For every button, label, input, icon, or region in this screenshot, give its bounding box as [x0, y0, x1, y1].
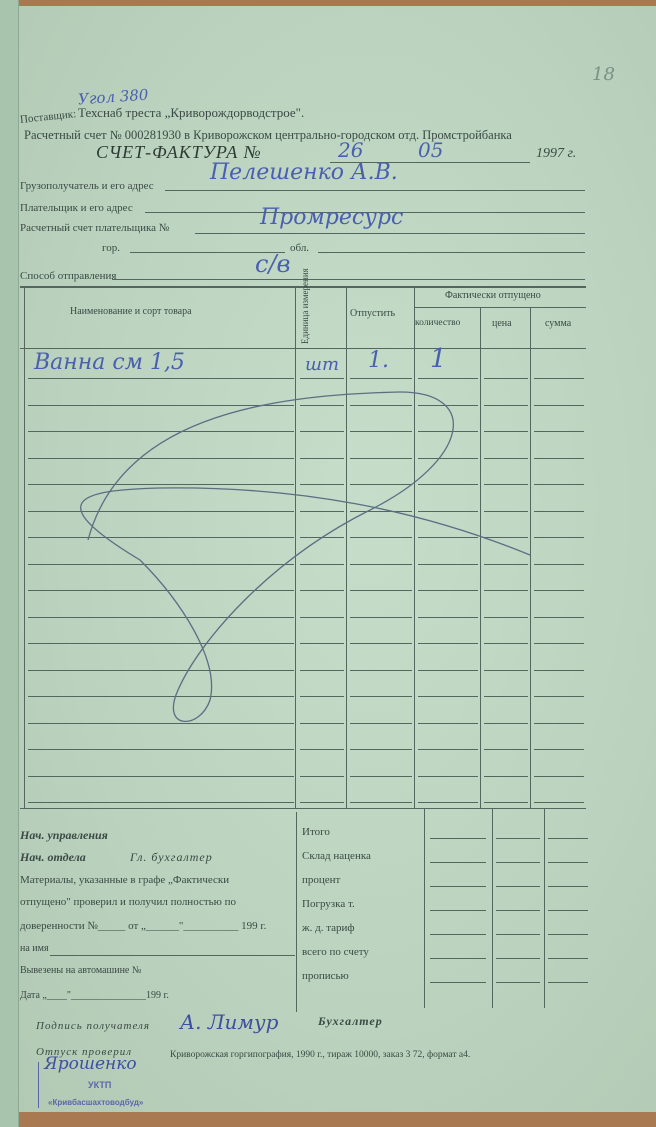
totals-rule — [496, 886, 540, 887]
totals-rule — [430, 958, 486, 959]
totals-rule — [496, 838, 540, 839]
on-name-label: на имя — [20, 943, 49, 954]
totals-label: всего по счету — [302, 946, 369, 958]
totals-rule — [548, 862, 588, 863]
power-of-attorney: доверенности №_____ от „______"_________… — [20, 920, 266, 932]
recipient-signature-label: Подпись получателя — [36, 1020, 150, 1032]
totals-rule — [430, 862, 486, 863]
accountant-label: Бухгалтер — [318, 1014, 383, 1029]
totals-rule — [496, 910, 540, 911]
totals-rule — [548, 958, 588, 959]
totals-label: Склад наценка — [302, 850, 371, 862]
totals-rule — [430, 838, 486, 839]
recipient-signature: А. Лимур — [180, 1010, 278, 1034]
vehicle-label: Вывезены на автомашине № — [20, 965, 141, 976]
head-department-label: Нач. отдела — [20, 850, 86, 865]
on-name-line — [50, 955, 295, 956]
totals-label: Погрузка т. — [302, 898, 355, 910]
totals-rule — [548, 910, 588, 911]
totals-rule — [430, 886, 486, 887]
totals-rule — [548, 982, 588, 983]
totals-rule — [548, 886, 588, 887]
totals-col-2 — [492, 808, 493, 1008]
materials-text-2: отпущено" проверил и получил полностью п… — [20, 896, 236, 908]
materials-text-1: Материалы, указанные в графе „Фактически — [20, 874, 229, 886]
head-management-label: Нач. управления — [20, 828, 108, 843]
totals-rule — [548, 838, 588, 839]
date-line: Дата „____"_______________199 г. — [20, 990, 169, 1001]
totals-rule — [430, 934, 486, 935]
totals-label: процент — [302, 874, 340, 886]
chief-accountant-label: Гл. бухгалтер — [130, 850, 213, 865]
totals-rule — [496, 958, 540, 959]
totals-label: прописью — [302, 970, 349, 982]
totals-label: ж. д. тариф — [302, 922, 355, 934]
totals-col-1 — [424, 808, 425, 1008]
totals-rule — [548, 934, 588, 935]
totals-rule — [496, 982, 540, 983]
totals-label: Итого — [302, 826, 330, 838]
totals-divider — [296, 812, 297, 1012]
totals-rule — [430, 910, 486, 911]
totals-col-3 — [544, 808, 545, 1008]
totals-rule — [496, 862, 540, 863]
printing-info: Криворожская горгипография, 1990 г., тир… — [170, 1050, 470, 1060]
totals-rule — [430, 982, 486, 983]
totals-rule — [496, 934, 540, 935]
stamp-border — [38, 1062, 179, 1108]
